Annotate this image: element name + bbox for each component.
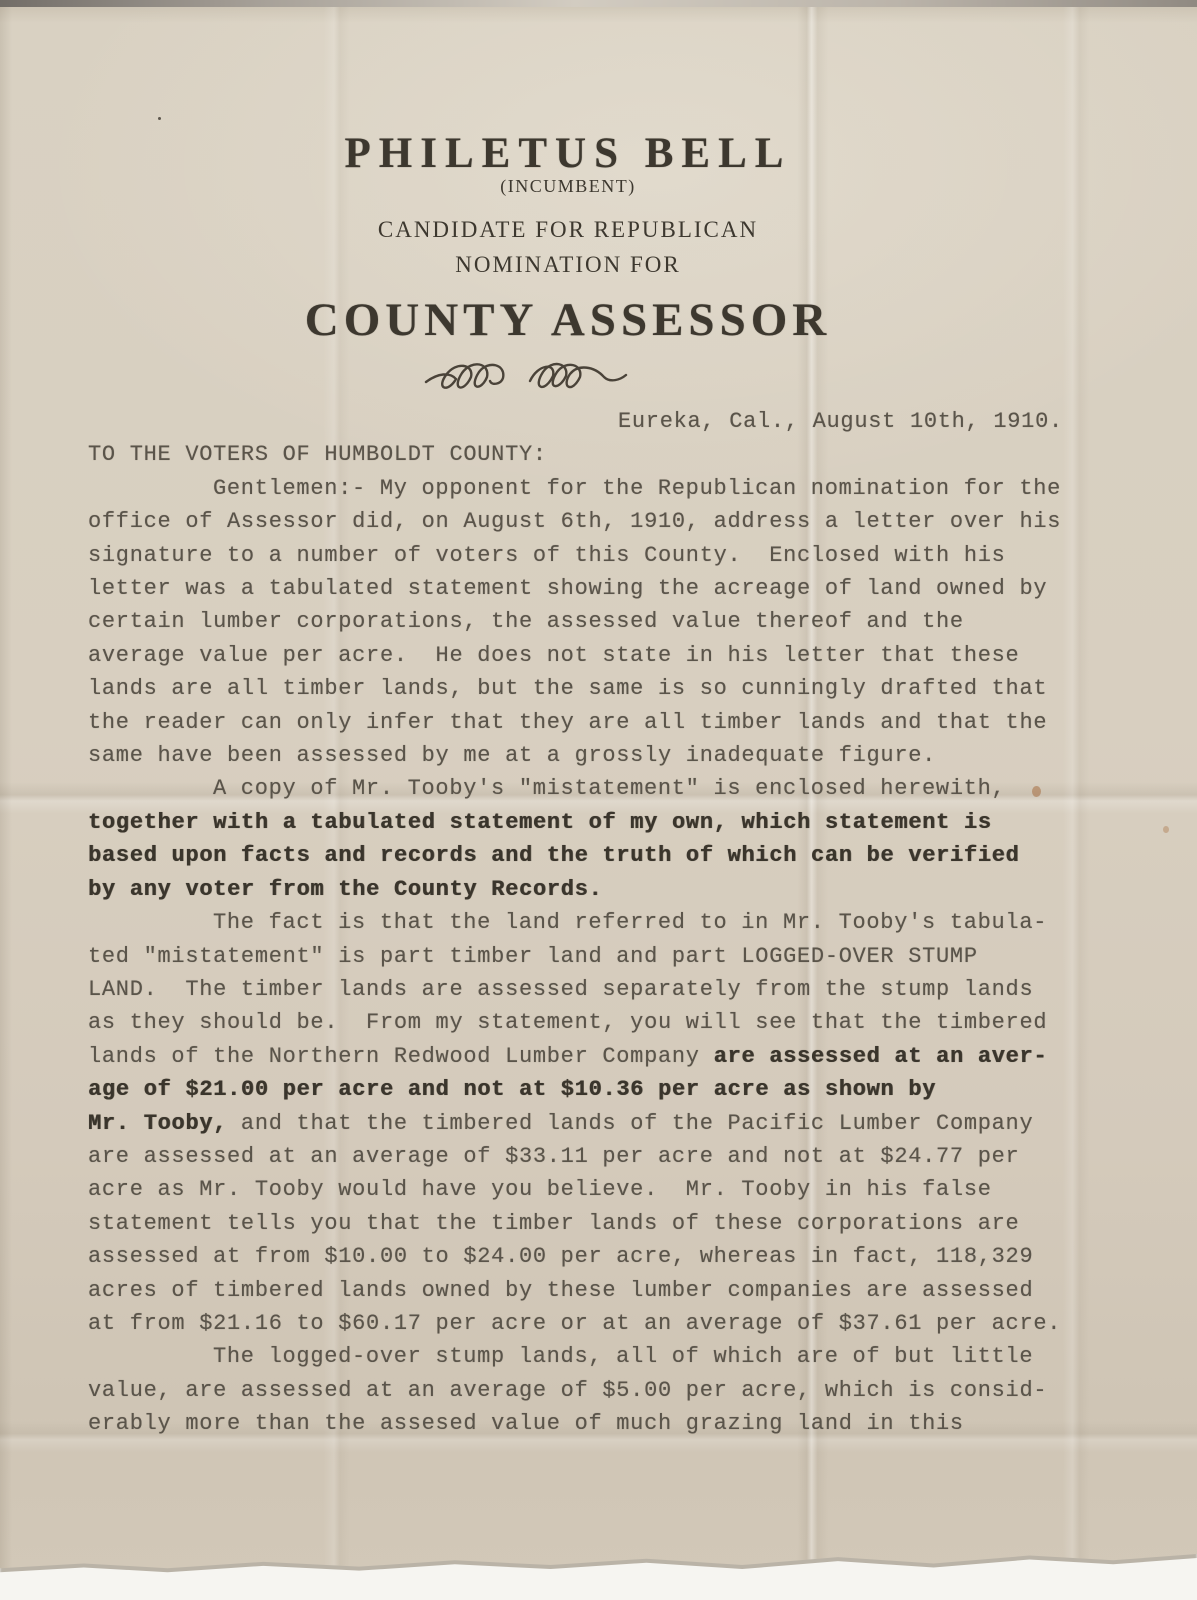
candidacy-line-2: NOMINATION FOR bbox=[0, 252, 1136, 278]
typed-line: value, are assessed at an average of $5.… bbox=[88, 1374, 1118, 1407]
typed-text: letter was a tabulated statement showing… bbox=[88, 576, 1047, 601]
ink-speck bbox=[158, 117, 161, 120]
typed-text: by any voter from the County Records. bbox=[88, 877, 602, 902]
typed-text: together with a tabulated statement of m… bbox=[88, 810, 992, 835]
typed-line: are assessed at an average of $33.11 per… bbox=[88, 1140, 1118, 1173]
typed-text: The fact is that the land referred to in… bbox=[213, 910, 1047, 935]
dateline: Eureka, Cal., August 10th, 1910. bbox=[88, 405, 1118, 438]
typed-line: together with a tabulated statement of m… bbox=[88, 806, 1118, 839]
typed-line: lands of the Northern Redwood Lumber Com… bbox=[88, 1040, 1118, 1073]
typed-line: certain lumber corporations, the assesse… bbox=[88, 605, 1118, 638]
typed-text: statement tells you that the timber land… bbox=[88, 1211, 1019, 1236]
typed-line: lands are all timber lands, but the same… bbox=[88, 672, 1118, 705]
typed-text: The logged-over stump lands, all of whic… bbox=[213, 1344, 1033, 1369]
typed-text: as they should be. From my statement, yo… bbox=[88, 1010, 1047, 1035]
typed-text: and that the timbered lands of the Pacif… bbox=[227, 1111, 1033, 1136]
typed-text: signature to a number of voters of this … bbox=[88, 543, 1006, 568]
typed-line: Gentlemen:- My opponent for the Republic… bbox=[88, 472, 1118, 505]
typed-line: acre as Mr. Tooby would have you believe… bbox=[88, 1173, 1118, 1206]
typed-line: same have been assessed by me at a gross… bbox=[88, 739, 1118, 772]
typed-line: The fact is that the land referred to in… bbox=[88, 906, 1118, 939]
typed-text: Gentlemen:- My opponent for the Republic… bbox=[213, 476, 1061, 501]
typed-line: The logged-over stump lands, all of whic… bbox=[88, 1340, 1118, 1373]
letter-typed-block: Eureka, Cal., August 10th, 1910. TO THE … bbox=[88, 405, 1118, 1441]
stain-spot bbox=[1163, 826, 1169, 833]
typed-text: certain lumber corporations, the assesse… bbox=[88, 609, 964, 634]
typed-text: acre as Mr. Tooby would have you believe… bbox=[88, 1177, 992, 1202]
salutation: TO THE VOTERS OF HUMBOLDT COUNTY: bbox=[88, 438, 1118, 471]
typed-text: are assessed at an average of $33.11 per… bbox=[88, 1144, 1019, 1169]
scanned-letter-page: PHILETUS BELL (INCUMBENT) CANDIDATE FOR … bbox=[0, 0, 1197, 1600]
flourish-ornament bbox=[0, 355, 1136, 406]
typed-line: average value per acre. He does not stat… bbox=[88, 639, 1118, 672]
typed-line: Mr. Tooby, and that the timbered lands o… bbox=[88, 1107, 1118, 1140]
typed-text: value, are assessed at an average of $5.… bbox=[88, 1378, 1047, 1403]
typed-line: signature to a number of voters of this … bbox=[88, 539, 1118, 572]
typed-text: assessed at from $10.00 to $24.00 per ac… bbox=[88, 1244, 1033, 1269]
typed-line: age of $21.00 per acre and not at $10.36… bbox=[88, 1073, 1118, 1106]
typed-text: erably more than the assesed value of mu… bbox=[88, 1411, 964, 1436]
typed-text: average value per acre. He does not stat… bbox=[88, 643, 1019, 668]
office-title: COUNTY ASSESSOR bbox=[0, 293, 1136, 347]
typed-text: lands of the Northern Redwood Lumber Com… bbox=[88, 1044, 714, 1069]
typed-text: ted "mistatement" is part timber land an… bbox=[88, 944, 978, 969]
incumbent-note: (INCUMBENT) bbox=[0, 176, 1136, 197]
typed-line: erably more than the assesed value of mu… bbox=[88, 1407, 1118, 1440]
scanner-edge bbox=[0, 0, 1197, 7]
typed-text: the reader can only infer that they are … bbox=[88, 710, 1047, 735]
typed-line: LAND. The timber lands are assessed sepa… bbox=[88, 973, 1118, 1006]
typed-line: office of Assessor did, on August 6th, 1… bbox=[88, 505, 1118, 538]
typed-text: A copy of Mr. Tooby's "mistatement" is e… bbox=[213, 776, 1005, 801]
typed-line: A copy of Mr. Tooby's "mistatement" is e… bbox=[88, 772, 1118, 805]
letter-paper: PHILETUS BELL (INCUMBENT) CANDIDATE FOR … bbox=[0, 7, 1197, 1592]
typed-text: acres of timbered lands owned by these l… bbox=[88, 1278, 1033, 1303]
typed-text: same have been assessed by me at a gross… bbox=[88, 743, 936, 768]
letter-lines: Gentlemen:- My opponent for the Republic… bbox=[88, 472, 1118, 1441]
typed-text: at from $21.16 to $60.17 per acre or at … bbox=[88, 1311, 1061, 1336]
typed-line: by any voter from the County Records. bbox=[88, 873, 1118, 906]
typed-text: are assessed at an aver- bbox=[714, 1044, 1048, 1069]
typed-text: lands are all timber lands, but the same… bbox=[88, 676, 1047, 701]
typed-line: at from $21.16 to $60.17 per acre or at … bbox=[88, 1307, 1118, 1340]
typed-line: statement tells you that the timber land… bbox=[88, 1207, 1118, 1240]
typed-line: based upon facts and records and the tru… bbox=[88, 839, 1118, 872]
candidacy-line-1: CANDIDATE FOR REPUBLICAN bbox=[0, 217, 1136, 243]
typed-text: office of Assessor did, on August 6th, 1… bbox=[88, 509, 1061, 534]
typed-text: LAND. The timber lands are assessed sepa… bbox=[88, 977, 1033, 1002]
typed-text: based upon facts and records and the tru… bbox=[88, 843, 1019, 868]
candidate-name: PHILETUS BELL bbox=[0, 129, 1136, 178]
typed-line: assessed at from $10.00 to $24.00 per ac… bbox=[88, 1240, 1118, 1273]
typed-line: as they should be. From my statement, yo… bbox=[88, 1006, 1118, 1039]
typed-text: age of $21.00 per acre and not at $10.36… bbox=[88, 1077, 936, 1102]
typed-text: Mr. Tooby, bbox=[88, 1111, 227, 1136]
typed-line: the reader can only infer that they are … bbox=[88, 706, 1118, 739]
typed-line: ted "mistatement" is part timber land an… bbox=[88, 940, 1118, 973]
typed-line: acres of timbered lands owned by these l… bbox=[88, 1274, 1118, 1307]
typed-line: letter was a tabulated statement showing… bbox=[88, 572, 1118, 605]
